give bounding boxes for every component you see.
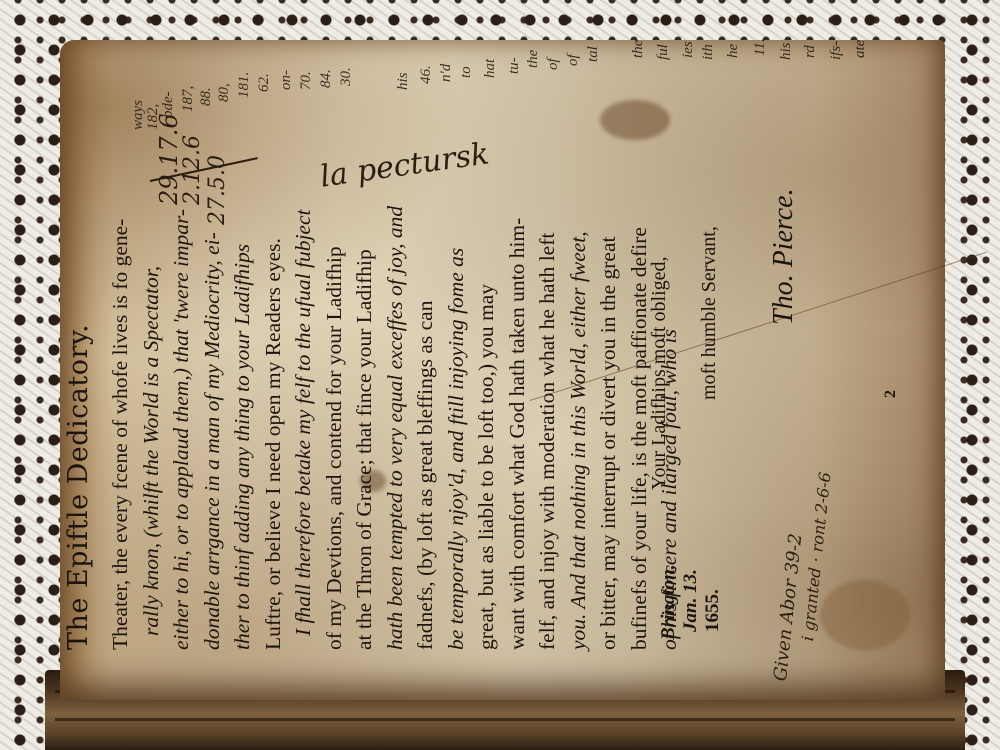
text-line: or bitter, may interrupt or divert you i… xyxy=(593,90,624,650)
handwritten-sum-total: 27.5.0 xyxy=(205,155,230,225)
dateline-year: 1655. xyxy=(702,589,724,632)
text-line: you. And that nothing in this World, eit… xyxy=(563,90,594,650)
text-line: want with comfort what God hath taken un… xyxy=(502,90,533,650)
text-line: Theater, the every fcene of whofe lives … xyxy=(105,90,136,650)
page-number: 2 xyxy=(882,390,900,398)
dateline-date: Jan. 13. xyxy=(680,569,702,632)
text-line: great, but as liable to be loft too,) yo… xyxy=(471,90,502,650)
closing-line-1: Your Ladifhips moft obliged, xyxy=(648,256,671,490)
handwritten-sum-1: 29.17.6 xyxy=(155,113,183,205)
signature: Tho. Pierce. xyxy=(768,188,800,325)
text-line: felf, and injoy with moderation what he … xyxy=(532,90,563,650)
text-line: Luftre, or believe I need open my Reader… xyxy=(258,90,289,650)
text-line: ther to thinf adding any thing to your L… xyxy=(227,90,258,650)
page-heading: The Epiftle Dedicatory. xyxy=(55,90,103,650)
dateline-place: Brington, xyxy=(658,564,680,640)
text-line: I fhall therefore betake my felf to the … xyxy=(288,90,319,650)
closing-line-2: moft humble Servant, xyxy=(698,226,721,400)
